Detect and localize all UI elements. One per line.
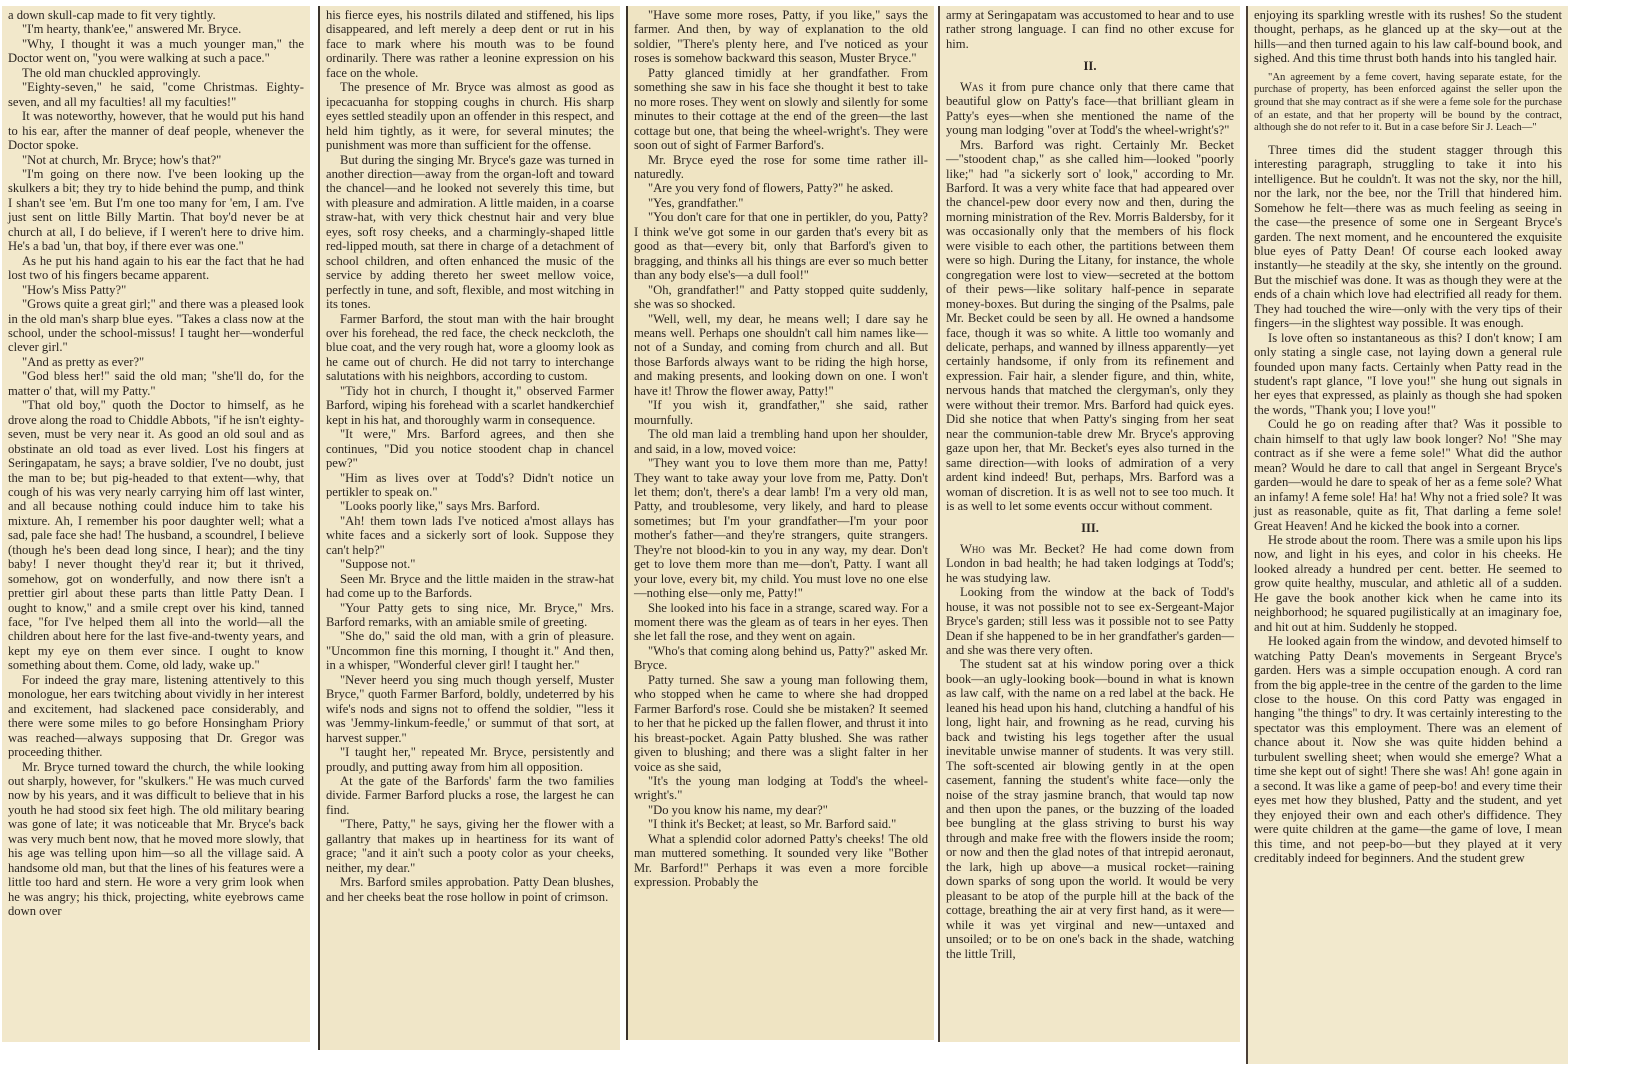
paragraph: Mrs. Barford smiles approbation. Patty D… <box>326 875 614 904</box>
paragraph: "I'm hearty, thank'ee," answered Mr. Bry… <box>8 22 304 36</box>
paragraph: "Why, I thought it was a much younger ma… <box>8 37 304 66</box>
paragraph: Looking from the window at the back of T… <box>946 585 1234 657</box>
paragraph: enjoying its sparkling wrestle with its … <box>1254 8 1562 66</box>
paragraph: "Never heerd you sing much though yersel… <box>326 673 614 745</box>
paragraph: his fierce eyes, his nostrils dilated an… <box>326 8 614 80</box>
paragraph: "That old boy," quoth the Doctor to hims… <box>8 398 304 673</box>
text-column-2: his fierce eyes, his nostrils dilated an… <box>318 6 620 1050</box>
paragraph: "I think it's Becket; at least, so Mr. B… <box>634 817 928 831</box>
paragraph: Is love often so instantaneous as this? … <box>1254 331 1562 418</box>
paragraph: "There, Patty," he says, giving her the … <box>326 817 614 875</box>
paragraph: "They want you to love them more than me… <box>634 456 928 601</box>
paragraph: It was noteworthy, however, that he woul… <box>8 109 304 152</box>
paragraph: "Are you very fond of flowers, Patty?" h… <box>634 181 928 195</box>
paragraph: Seen Mr. Bryce and the little maiden in … <box>326 572 614 601</box>
paragraph: "Not at church, Mr. Bryce; how's that?" <box>8 153 304 167</box>
paragraph: "Who's that coming along behind us, Patt… <box>634 644 928 673</box>
paragraph: At the gate of the Barfords' farm the tw… <box>326 774 614 817</box>
paragraph: "Ah! them town lads I've noticed a'most … <box>326 514 614 557</box>
paragraph: "Looks poorly like," says Mrs. Barford. <box>326 499 614 513</box>
paragraph: Mr. Bryce turned toward the church, the … <box>8 760 304 919</box>
paragraph: "It were," Mrs. Barford agrees, and then… <box>326 427 614 470</box>
text-column-4: army at Seringapatam was accustomed to h… <box>938 6 1240 1042</box>
paragraph: "I'm going on there now. I've been looki… <box>8 167 304 254</box>
block-quote: "An agreement by a feme covert, having s… <box>1254 72 1562 135</box>
paragraph: "Tidy hot in church, I thought it," obse… <box>326 384 614 427</box>
text-column-5: enjoying its sparkling wrestle with its … <box>1246 6 1568 1064</box>
paragraph: "Suppose not." <box>326 557 614 571</box>
paragraph: As he put his hand again to his ear the … <box>8 254 304 283</box>
lead-word: Was <box>960 80 983 94</box>
paragraph: "If you wish it, grandfather," she said,… <box>634 398 928 427</box>
paragraph: For indeed the gray mare, listening atte… <box>8 673 304 760</box>
paragraph: Patty turned. She saw a young man follow… <box>634 673 928 774</box>
newspaper-page: a down skull-cap made to fit very tightl… <box>0 0 1642 1080</box>
paragraph: "Yes, grandfather." <box>634 196 928 210</box>
lead-word: Who <box>960 542 985 556</box>
section-heading: III. <box>946 521 1234 535</box>
paragraph: Farmer Barford, the stout man with the h… <box>326 312 614 384</box>
paragraph: The presence of Mr. Bryce was almost as … <box>326 80 614 152</box>
text-column-3: "Have some more roses, Patty, if you lik… <box>626 6 934 1040</box>
paragraph: "Do you know his name, my dear?" <box>634 803 928 817</box>
paragraph: Was it from pure chance only that there … <box>946 80 1234 138</box>
paragraph: What a splendid color adorned Patty's ch… <box>634 832 928 890</box>
paragraph: "How's Miss Patty?" <box>8 283 304 297</box>
paragraph: "You don't care for that one in pertikle… <box>634 210 928 282</box>
paragraph: The student sat at his window poring ove… <box>946 657 1234 961</box>
paragraph: "And as pretty as ever?" <box>8 355 304 369</box>
paragraph: "Your Patty gets to sing nice, Mr. Bryce… <box>326 601 614 630</box>
paragraph: The old man chuckled approvingly. <box>8 66 304 80</box>
paragraph: a down skull-cap made to fit very tightl… <box>8 8 304 22</box>
paragraph: Mr. Bryce eyed the rose for some time ra… <box>634 153 928 182</box>
paragraph: She looked into his face in a strange, s… <box>634 601 928 644</box>
paragraph: army at Seringapatam was accustomed to h… <box>946 8 1234 51</box>
paragraph: He strode about the room. There was a sm… <box>1254 533 1562 634</box>
section-heading: II. <box>946 59 1234 73</box>
paragraph: "Grows quite a great girl;" and there wa… <box>8 297 304 355</box>
paragraph: "Oh, grandfather!" and Patty stopped qui… <box>634 283 928 312</box>
paragraph: Three times did the student stagger thro… <box>1254 143 1562 331</box>
paragraph: "Well, well, my dear, he means well; I d… <box>634 312 928 399</box>
paragraph: "She do," said the old man, with a grin … <box>326 629 614 672</box>
paragraph: "It's the young man lodging at Todd's th… <box>634 774 928 803</box>
paragraph: Who was Mr. Becket? He had come down fro… <box>946 542 1234 585</box>
paragraph: Mrs. Barford was right. Certainly Mr. Be… <box>946 138 1234 514</box>
paragraph: Patty glanced timidly at her grandfather… <box>634 66 928 153</box>
paragraph: "Have some more roses, Patty, if you lik… <box>634 8 928 66</box>
paragraph: "I taught her," repeated Mr. Bryce, pers… <box>326 745 614 774</box>
paragraph: Could he go on reading after that? Was i… <box>1254 417 1562 533</box>
paragraph: "Him as lives over at Todd's? Didn't not… <box>326 471 614 500</box>
paragraph: He looked again from the window, and dev… <box>1254 634 1562 865</box>
paragraph: But during the singing Mr. Bryce's gaze … <box>326 153 614 312</box>
paragraph: "God bless her!" said the old man; "she'… <box>8 369 304 398</box>
text-column-1: a down skull-cap made to fit very tightl… <box>2 6 310 1042</box>
paragraph: The old man laid a trembling hand upon h… <box>634 427 928 456</box>
paragraph: "Eighty-seven," he said, "come Christmas… <box>8 80 304 109</box>
